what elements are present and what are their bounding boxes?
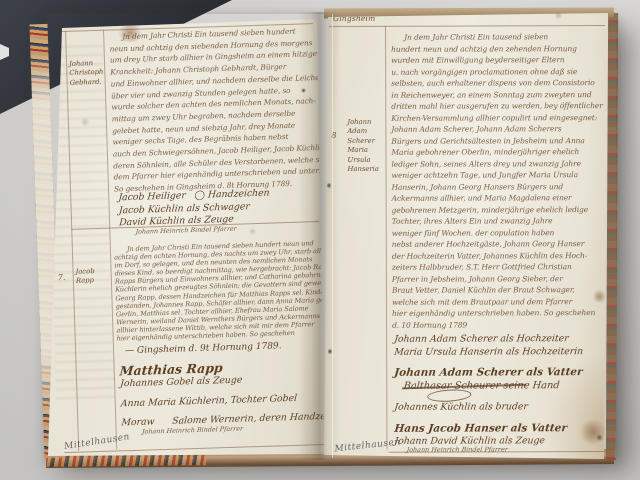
right-page-content: Gingsheim 8 JohannAdamSchererMariaUrsula… [321,9,621,462]
left-page-content: Gingsheim 6. JohannChristophGebhard. Jn … [43,8,339,459]
paper-stain [578,420,608,444]
manuscript-line: nebst anderer Hochzeitgäste, Johann Geor… [392,238,606,250]
signature-line: Johann Adam Scherer als Vatter [394,365,584,380]
ink-speck [301,88,306,93]
paper-stain [80,118,90,126]
paper-stain [592,290,607,303]
book-right-edge [606,13,618,460]
manuscript-line: der Hochzeiterin Vatter, Johannes Küchli… [392,250,606,262]
manuscript-line: Tochter, ihres Alters Ein und zwanzig Ja… [392,215,606,227]
manuscript-line: gebohrenen Metzgerin, minderjährige ehel… [392,204,606,216]
margin-name-line: Johann [347,118,378,128]
paper-stain [116,24,144,42]
margin-name-line: Ursula [347,155,378,165]
manuscript-line: u. nach vorgängigen proclamationen ohne … [391,66,605,78]
manuscript-line: Ackermanns allhier, und Maria Magdalena … [392,192,606,204]
manuscript-line: Braut Vetter, Daniel Küchlin der Braut S… [392,284,606,296]
margin-name-line: Rapp [76,277,95,287]
signature-line: Maria Ursula Hanserin als Hochzeiterin [394,346,584,359]
signature-line: Johann Adam Scherer als Hochzeiter [393,333,583,346]
manuscript-line: Bürgers und Gerichtsältesten in Jebsheim… [391,135,605,147]
manuscript-line: hundert neun und achtzig den zehenden Ho… [391,43,605,55]
entry-margin-names: JohannAdamSchererMariaUrsulaHanseria [347,118,379,175]
manuscript-line: Johann Adam Scherer, Johann Adam Scherer… [391,123,605,135]
manuscript-line: weniger fünf Wochen. der copulation habe… [392,227,606,239]
right-margin-rule [385,26,387,450]
manuscript-line: dritten mahl hier ausgerufen zu werden, … [391,100,605,112]
manuscript-line: hier eigenhändig unterschrieben haben. S… [392,307,606,319]
margin-name-line: Hanseria [348,165,379,175]
manuscript-line: zeiters Halbbruder, S.T. Herr Gottfried … [392,261,606,273]
manuscript-line: Maria gebohrener Oberlin, minderjähriger… [391,146,605,158]
right-page: Gingsheim 8 JohannAdamSchererMariaUrsula… [321,10,619,462]
manuscript-line: in Reichenweyer, an einem Sonntag zum zw… [391,89,605,101]
margin-name-line: Maria [347,146,378,156]
signature-line: Johann Heinrich Bindel Pfarrer [394,445,584,454]
entry-margin-names: JohannChristophGebhard. [69,59,104,88]
manuscript-line: d. 10 Hornung 1789 [392,319,606,331]
manuscript-line: lediger Sohn, seines Alters drey und zwa… [391,158,605,170]
margin-name-line: Gebhard. [70,78,104,88]
manuscript-line: Hanserin, Johann Georg Hansers Bürgers u… [392,181,606,193]
manuscript-line: selbsten, auch erhaltener dispens von de… [391,77,605,89]
stitch-hole [328,348,332,355]
entry-body: Jn dem Jahr Christi Ein tausend sieben h… [114,239,323,343]
right-top-rule [329,25,605,27]
entry-number: 8 [331,131,336,140]
scanned-register-photo: Gingsheim 6. JohannChristophGebhard. Jn … [0,0,640,480]
margin-name-line: Scherer [347,137,378,147]
entry-margin-names: JacobRapp [75,267,95,286]
signature-line: Johannes Küchlin als bruder [394,401,584,414]
archival-note-pencil: Mittelhausen [64,432,131,452]
manuscript-line: wurden mit Einwilligung beyderseitiger E… [391,54,605,66]
entry-number: 7. [58,273,66,282]
manuscript-line: weniger achtzehn Tage, und Jungfer Maria… [392,169,606,181]
manuscript-line: welche sich mit dem Brautpaar und dem Pf… [392,296,606,308]
paper-stain [554,12,563,19]
manuscript-line: Pfarrer in Jebsheim, Johann Georg Sieber… [392,273,606,285]
entry-signatures: Johann Adam Scherer als HochzeiterMaria … [394,333,583,454]
signature-line: Hans Jacob Hanser als Vatter [394,421,584,436]
left-page: Gingsheim 6. JohannChristophGebhard. Jn … [43,16,325,458]
entry-date-line: — Gingsheim d. 9t Hornung 1789. [125,341,282,356]
signature-line: Balthasar Scheurer seine Hand [394,379,584,393]
paper-stain [248,228,257,235]
entry-body: Jn dem Jahr Christi Ein tausend siebenhu… [391,31,606,331]
manuscript-line: Kirchen-Versammlung allhier copulirt und… [391,112,605,124]
margin-name-line: Adam [347,127,378,137]
manuscript-line: Jn dem Jahr Christi Ein tausend sieben [391,31,605,43]
entry-body: Jn dem Jahr Christi Ein tausend sieben h… [109,25,318,195]
signature-line: Anna Maria Küchlerin, Tochter Gobel [120,391,351,411]
entry-signatures: Matthias RappJohannes Gobel als ZeugeAnn… [119,356,351,436]
stitch-hole [327,182,331,189]
ink-speck [596,434,603,441]
